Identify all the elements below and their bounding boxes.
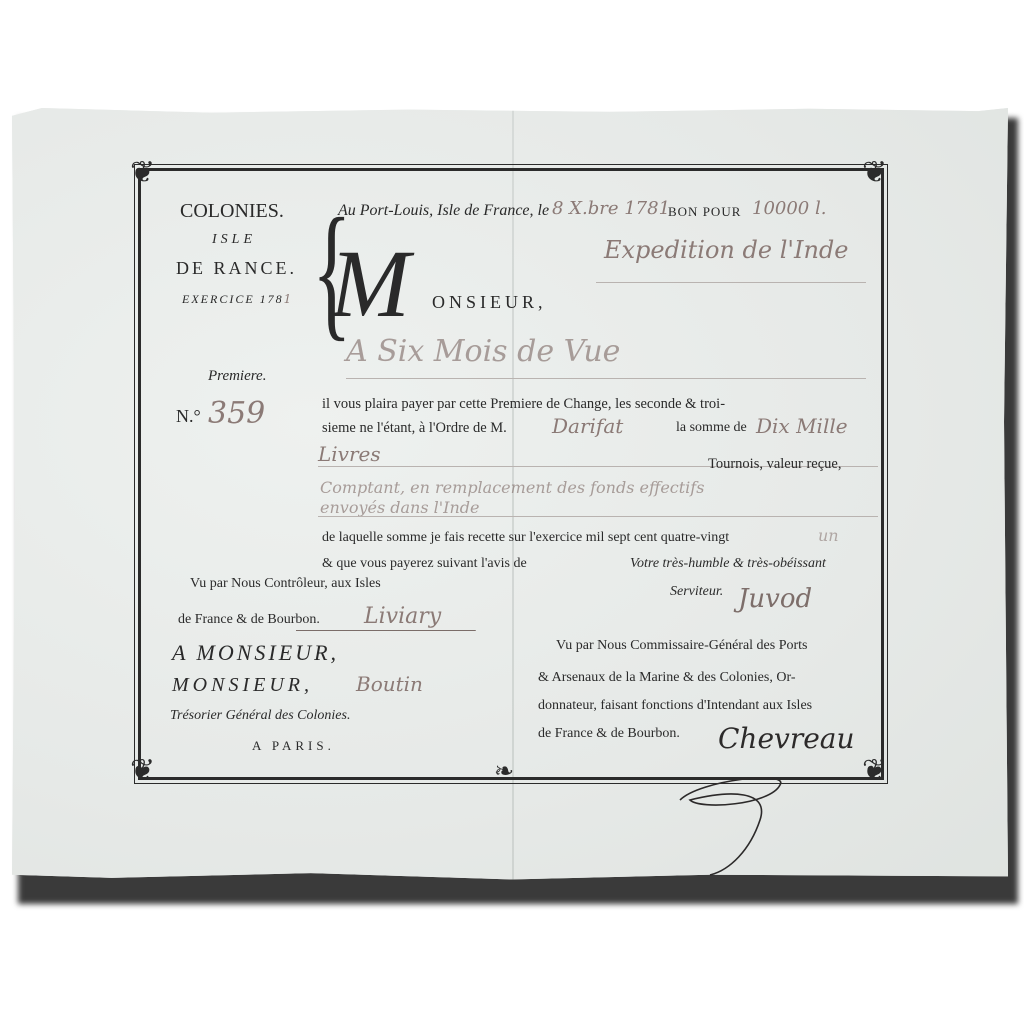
exercice-label: EXERCICE 1781 <box>182 292 293 307</box>
exercice-handwritten: un <box>818 526 839 545</box>
number-label: N.° <box>176 406 201 427</box>
addressee-name-handwritten: Boutin <box>356 672 423 696</box>
tournois-line: Tournois, valeur reçue, <box>708 456 841 473</box>
signature-flourish <box>670 760 830 880</box>
serviteur-signature: Juvod <box>738 584 812 614</box>
expedition-handwritten: Expedition de l'Inde <box>604 236 849 264</box>
salutation-text: ONSIEUR, <box>432 292 547 313</box>
corner-ornament-icon: ❦ <box>862 756 887 786</box>
bon-pour-amount: 10000 l. <box>752 198 826 219</box>
controleur-signature: Liviary <box>364 604 441 629</box>
payee-handwritten: Darifat <box>552 414 623 438</box>
commissaire-signature: Chevreau <box>718 722 855 755</box>
exercice-line: de laquelle somme je fais recette sur l'… <box>322 530 729 546</box>
date-handwritten: 8 X.bre 1781 <box>552 198 670 219</box>
avis-line: & que vous payerez suivant l'avis de <box>322 556 527 572</box>
delay-handwritten: A Six Mois de Vue <box>346 334 620 369</box>
vu-controleur-line-2: de France & de Bourbon. <box>178 612 320 628</box>
closing-line-1: Votre très-humble & très-obéissant <box>630 556 826 572</box>
vu-commissaire-line-4: de France & de Bourbon. <box>538 726 680 742</box>
addressee-line-1: A MONSIEUR, <box>172 640 339 666</box>
delay-underline <box>346 378 866 379</box>
addressee-line-3: Trésorier Général des Colonies. <box>170 708 350 724</box>
vu-commissaire-line-3: donnateur, faisant fonctions d'Intendant… <box>538 698 812 714</box>
bon-pour-label: BON POUR <box>668 204 741 220</box>
value-underline <box>318 516 878 517</box>
corner-ornament-icon: ❦ <box>130 756 155 786</box>
corner-ornament-icon: ❦ <box>862 158 887 188</box>
salutation-initial: M <box>330 236 410 332</box>
body-line-1: il vous plaira payer par cette Premiere … <box>322 396 725 413</box>
isle-heading: ISLE <box>212 232 256 248</box>
colonies-heading: COLONIES. <box>180 200 284 223</box>
value-handwritten-2: envoyés dans l'Inde <box>320 498 479 517</box>
bill-number: 359 <box>208 396 265 431</box>
value-handwritten-1: Comptant, en remplacement des fonds effe… <box>320 478 704 497</box>
center-ornament-icon: ❧ <box>494 760 514 784</box>
corner-ornament-icon: ❦ <box>130 158 155 188</box>
addressee-line-4: A PARIS. <box>252 738 335 754</box>
closing-line-2: Serviteur. <box>670 584 723 600</box>
controleur-flourish <box>296 630 476 631</box>
place-line: Au Port-Louis, Isle de France, le <box>338 202 549 220</box>
body-line-2b: la somme de <box>676 420 747 436</box>
vu-commissaire-line-2: & Arsenaux de la Marine & des Colonies, … <box>538 670 796 686</box>
vu-controleur-line-1: Vu par Nous Contrôleur, aux Isles <box>190 576 381 592</box>
premiere-label: Premiere. <box>208 368 266 385</box>
amount-words-handwritten: Dix Mille <box>756 414 848 438</box>
body-line-2: sieme ne l'étant, à l'Ordre de M. <box>322 420 507 437</box>
de-rance-heading: DE RANCE. <box>176 258 297 279</box>
addressee-line-2: MONSIEUR, <box>172 674 313 697</box>
expedition-underline <box>596 282 866 283</box>
vu-commissaire-line-1: Vu par Nous Commissaire-Général des Port… <box>556 638 808 654</box>
livres-handwritten: Livres <box>318 442 381 466</box>
